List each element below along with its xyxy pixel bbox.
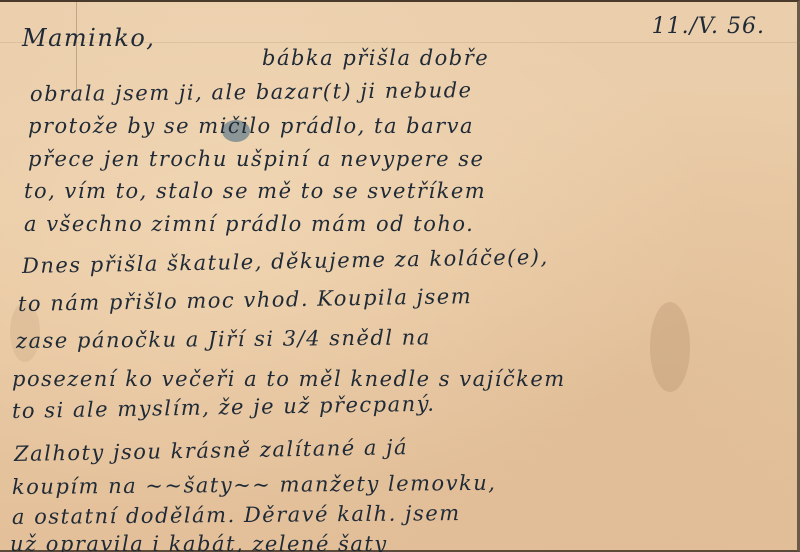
letter-line-7: Dnes přišla škatule, děkujeme za koláče(… [22, 245, 549, 278]
letter-page: 11./V. 56. Maminko, bábka přišla dobře o… [0, 0, 800, 552]
letter-line-14: a ostatní dodělám. Děravé kalh. jsem [12, 501, 461, 529]
letter-line-2: obrala jsem ji, ale bazar(t) ji nebude [30, 78, 473, 106]
letter-line-4: přece jen trochu ušpiní a nevypere se [28, 147, 485, 171]
letter-line-1: bábka přišla dobře [262, 46, 489, 70]
letter-line-5: to, vím to, stalo se mě to se svetříkem [24, 179, 486, 203]
letter-line-11: to si ale myslím, že je už přecpaný. [12, 392, 436, 423]
letter-greeting: Maminko, [22, 24, 155, 52]
letter-line-10: posezení ko večeři a to měl knedle s vaj… [12, 367, 566, 391]
letter-date: 11./V. 56. [652, 14, 765, 39]
paper-stain [650, 302, 690, 392]
letter-line-6: a všechno zimní prádlo mám od toho. [24, 212, 474, 236]
letter-line-13: koupím na ~~šaty~~ manžety lemovku, [12, 471, 497, 499]
letter-line-9: zase pánočku a Jiří si 3/4 snědl na [16, 325, 431, 353]
letter-line-15: už opravila i kabát, zelené šaty [10, 532, 388, 552]
letter-line-8: to nám přišlo moc vhod. Koupila jsem [18, 284, 473, 316]
letter-line-3: protože by se mičilo prádlo, ta barva [28, 114, 474, 138]
letter-line-12: Zalhoty jsou krásně zalítané a já [14, 435, 408, 466]
